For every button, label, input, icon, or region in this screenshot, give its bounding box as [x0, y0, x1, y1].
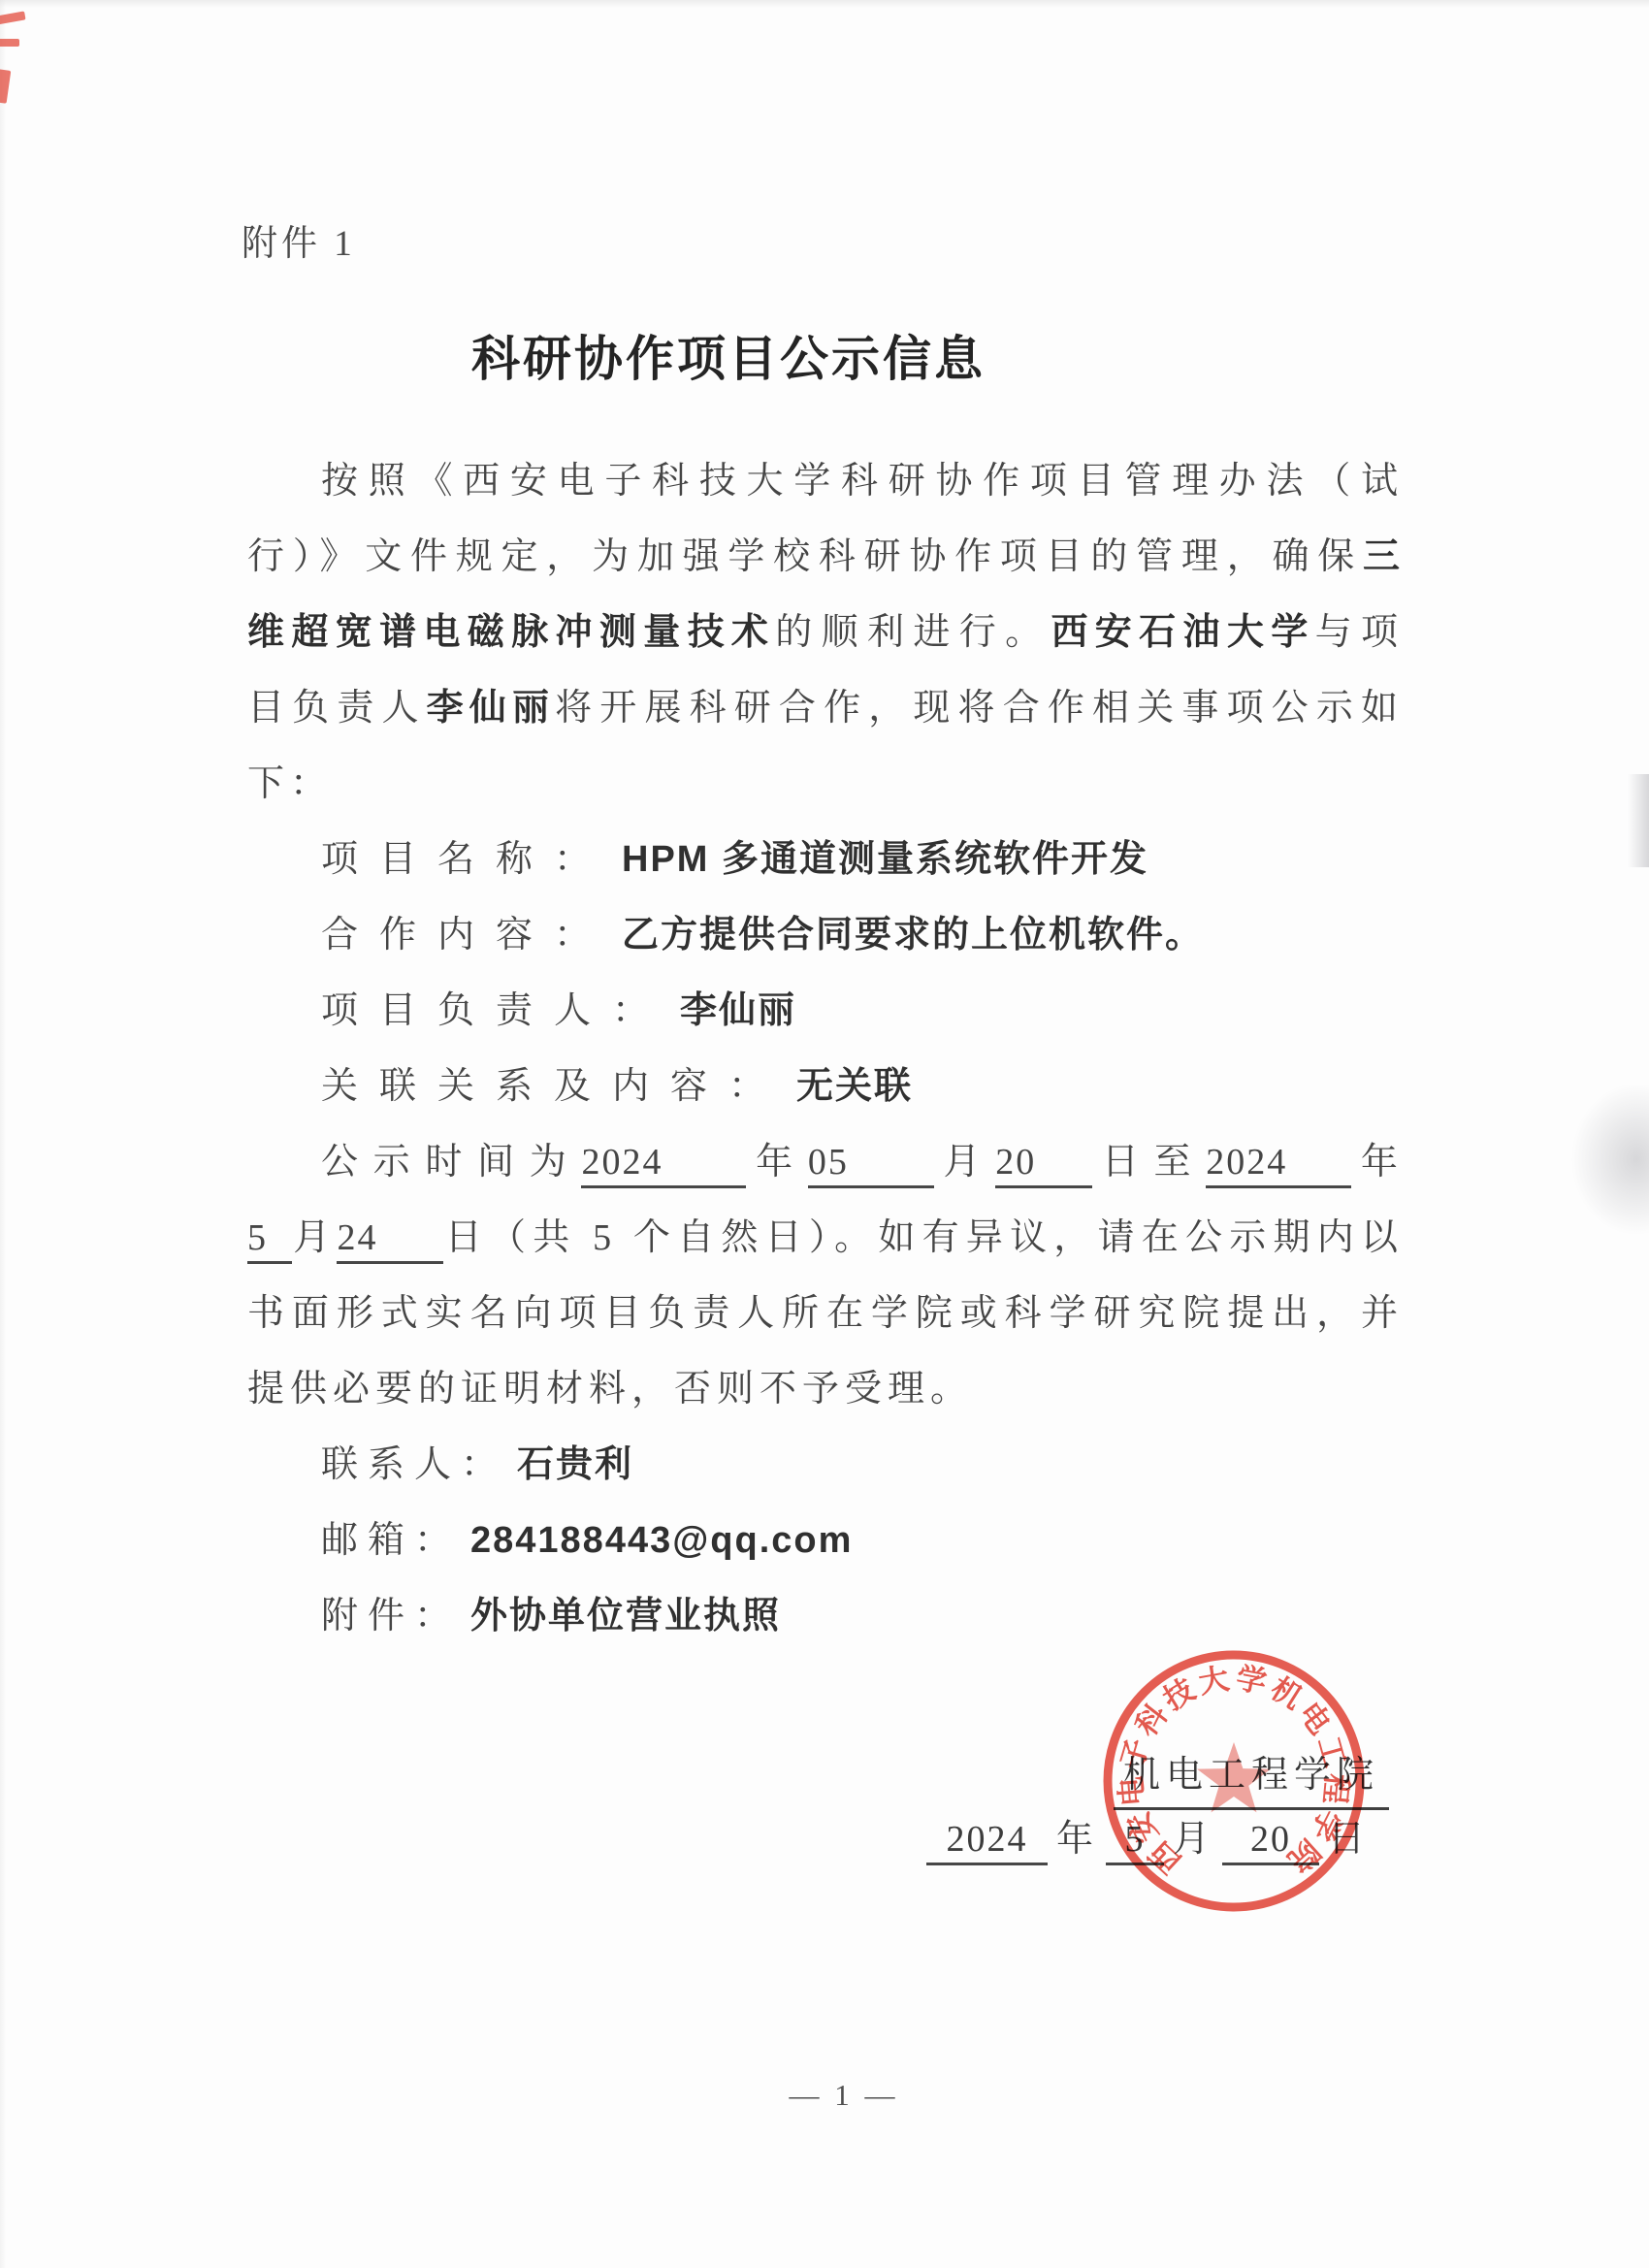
- text-run: 提供必要的证明材料，否则不予受理。: [247, 1369, 973, 1409]
- scan-edge-top: [0, 0, 1649, 8]
- text-run: 将开展科研合作，现将合作相关事项公示如: [555, 688, 1404, 729]
- body-line-1: 按照《西安电子科技大学科研协作项目管理办法（试: [247, 443, 1404, 519]
- field-value: HPM 多通道测量系统软件开发: [622, 839, 1148, 880]
- text-run: 目负责人: [247, 688, 427, 729]
- scan-artifact-red-stamp-fragment: [0, 12, 39, 109]
- text-run: 公示时间为: [321, 1142, 581, 1183]
- field-label: 邮箱：: [321, 1520, 461, 1561]
- text-run: 下：: [247, 763, 333, 804]
- seal-star: [1197, 1742, 1271, 1812]
- body-line-3: 维超宽谱电磁脉冲测量技术的顺利进行。西安石油大学与项: [247, 595, 1404, 670]
- underlined-blank: 20: [995, 1143, 1092, 1188]
- field-value: 外协单位营业执照: [470, 1596, 781, 1636]
- field-label: 附件：: [321, 1596, 461, 1636]
- text-run: 日至: [1092, 1142, 1206, 1183]
- field-label: 项目负责人：: [321, 990, 670, 1031]
- text-run: 行）》文件规定，为加强学校科研协作项目的管理，确保: [247, 536, 1363, 577]
- field-contact-person: 联系人：石贵利: [247, 1427, 1404, 1503]
- official-seal: 西安电子科技大学机电工程学院: [1088, 1636, 1379, 1927]
- field-relationship: 关联关系及内容：无关联: [247, 1049, 1404, 1124]
- field-label: 联系人：: [321, 1444, 507, 1485]
- body-line-5: 下：: [247, 746, 1404, 822]
- text-run: 与项: [1315, 612, 1404, 653]
- body-line-4: 目负责人李仙丽将开展科研合作，现将合作相关事项公示如: [247, 670, 1404, 746]
- underlined-blank: 05: [808, 1143, 934, 1188]
- field-label: 合作内容：: [321, 915, 612, 956]
- publicity-period-line-1: 公示时间为2024年05月20日至2024年: [247, 1124, 1404, 1200]
- scan-smudge: [1566, 1077, 1649, 1242]
- bold-text-run: 维超宽谱电磁脉冲测量技术: [247, 612, 775, 653]
- field-value: 无关联: [796, 1066, 913, 1107]
- field-label: 关联关系及内容：: [321, 1066, 787, 1107]
- bold-text-run: 李仙丽: [427, 688, 555, 729]
- text-run: 按照《西安电子科技大学科研协作项目管理办法（试: [321, 461, 1404, 502]
- scan-edge-left: [0, 0, 6, 2268]
- bold-text-run: 三: [1363, 536, 1404, 577]
- field-value: 乙方提供合同要求的上位机软件。: [622, 915, 1204, 956]
- document-body: 按照《西安电子科技大学科研协作项目管理办法（试 行）》文件规定，为加强学校科研协…: [247, 443, 1404, 1654]
- body-line-2: 行）》文件规定，为加强学校科研协作项目的管理，确保三: [247, 519, 1404, 595]
- text-run: 的顺利进行。: [775, 612, 1051, 653]
- underlined-blank: 2024: [926, 1820, 1048, 1865]
- bold-text-run: 西安石油大学: [1051, 612, 1314, 653]
- text-run: 月: [292, 1217, 337, 1258]
- body-line-13: 提供必要的证明材料，否则不予受理。: [247, 1351, 1404, 1427]
- body-line-12: 书面形式实名向项目负责人所在学院或科学研究院提出，并: [247, 1276, 1404, 1351]
- underlined-blank: 2024: [1206, 1143, 1351, 1188]
- field-email: 邮箱：284188443@qq.com: [247, 1503, 1404, 1578]
- underlined-blank: 24: [337, 1218, 443, 1264]
- page-number: — 1 —: [39, 2078, 1649, 2113]
- field-value: 284188443@qq.com: [470, 1520, 853, 1561]
- text-run: 月: [934, 1142, 995, 1183]
- field-label: 项目名称：: [321, 839, 612, 880]
- underlined-blank: 5: [247, 1218, 292, 1264]
- publicity-period-line-2: 5月24日（共 5 个自然日）。如有异议，请在公示期内以: [247, 1200, 1404, 1276]
- field-value: 石贵利: [517, 1444, 633, 1485]
- attachment-label: 附件 1: [242, 213, 356, 266]
- underlined-blank: 2024: [581, 1143, 746, 1188]
- field-project-leader: 项目负责人：李仙丽: [247, 973, 1404, 1049]
- text-run: 日（共 5 个自然日）。如有异议，请在公示期内以: [443, 1217, 1404, 1258]
- text-run: 年: [1351, 1142, 1404, 1183]
- scan-smudge: [1628, 774, 1649, 867]
- document-title: 科研协作项目公示信息: [471, 320, 986, 390]
- document-page: 附件 1 科研协作项目公示信息 按照《西安电子科技大学科研协作项目管理办法（试 …: [0, 0, 1649, 2268]
- field-cooperation-content: 合作内容：乙方提供合同要求的上位机软件。: [247, 897, 1404, 973]
- text-run: 年: [746, 1142, 807, 1183]
- field-project-name: 项目名称：HPM 多通道测量系统软件开发: [247, 822, 1404, 897]
- field-value: 李仙丽: [680, 990, 796, 1031]
- text-run: 书面形式实名向项目负责人所在学院或科学研究院提出，并: [247, 1293, 1404, 1334]
